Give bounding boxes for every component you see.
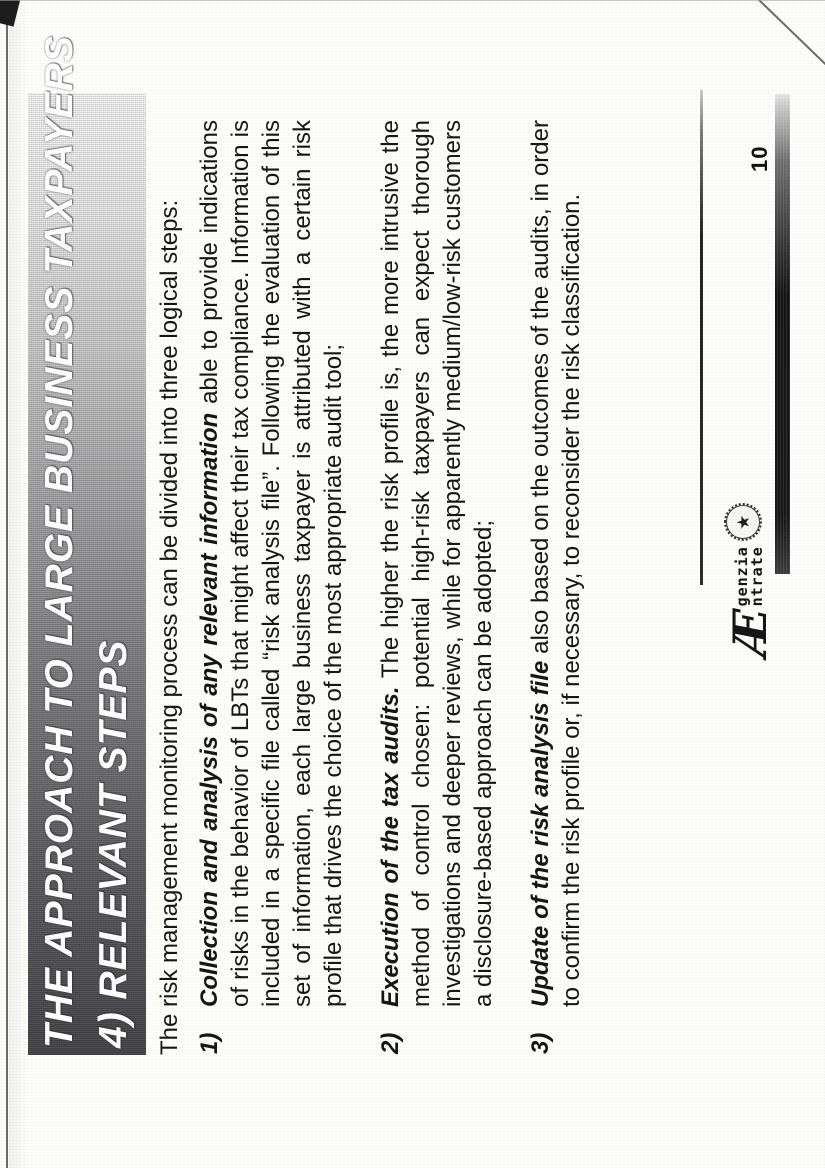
slide-canvas: THE APPROACH TO LARGE BUSINESS TAXPAYERS… [0,0,825,1168]
item-3-marker: 3) [525,1033,556,1054]
item-3-lead: Update of the risk analysis file [527,661,554,1007]
item-2-marker: 2) [375,1033,406,1054]
list-item-1: 1) Collection and analysis of any releva… [194,120,349,1055]
list-item-3: 3) Update of the risk analysis file also… [525,120,587,1055]
footer-rule [700,90,703,585]
slide-body: The risk management monitoring process c… [154,120,587,1055]
slide-title-line1: THE APPROACH TO LARGE BUSINESS TAXPAYERS [33,93,87,1048]
footer-gradient-bar [775,94,790,574]
ae-monogram: Æ [727,608,773,656]
logo-text: genzia ntrate [735,546,765,606]
list-item-2: 2) Execution of the tax audits. The high… [375,120,499,1055]
item-1-marker: 1) [194,1033,225,1054]
logo-text-line2: ntrate [750,546,765,606]
intro-paragraph: The risk management monitoring process c… [154,120,185,1055]
scanned-slide-page: THE APPROACH TO LARGE BUSINESS TAXPAYERS… [0,0,825,1168]
scan-top-edge-line [0,0,825,1]
slide-title-line2: 4) RELEVANT STEPS [87,93,141,1048]
star-icon: ★ [735,515,752,530]
state-emblem-icon: ★ [724,503,762,541]
agenzia-entrate-logo: Æ genzia ntrate ★ [722,503,778,656]
scan-edge-shadow [9,0,27,1168]
page-number: 10 [747,146,773,172]
item-1-lead: Collection and analysis of any relevant … [196,413,223,1007]
item-2-lead: Execution of the tax audits. [377,686,404,1007]
scan-edge-line [6,0,8,1168]
title-bar: THE APPROACH TO LARGE BUSINESS TAXPAYERS… [28,93,146,1055]
